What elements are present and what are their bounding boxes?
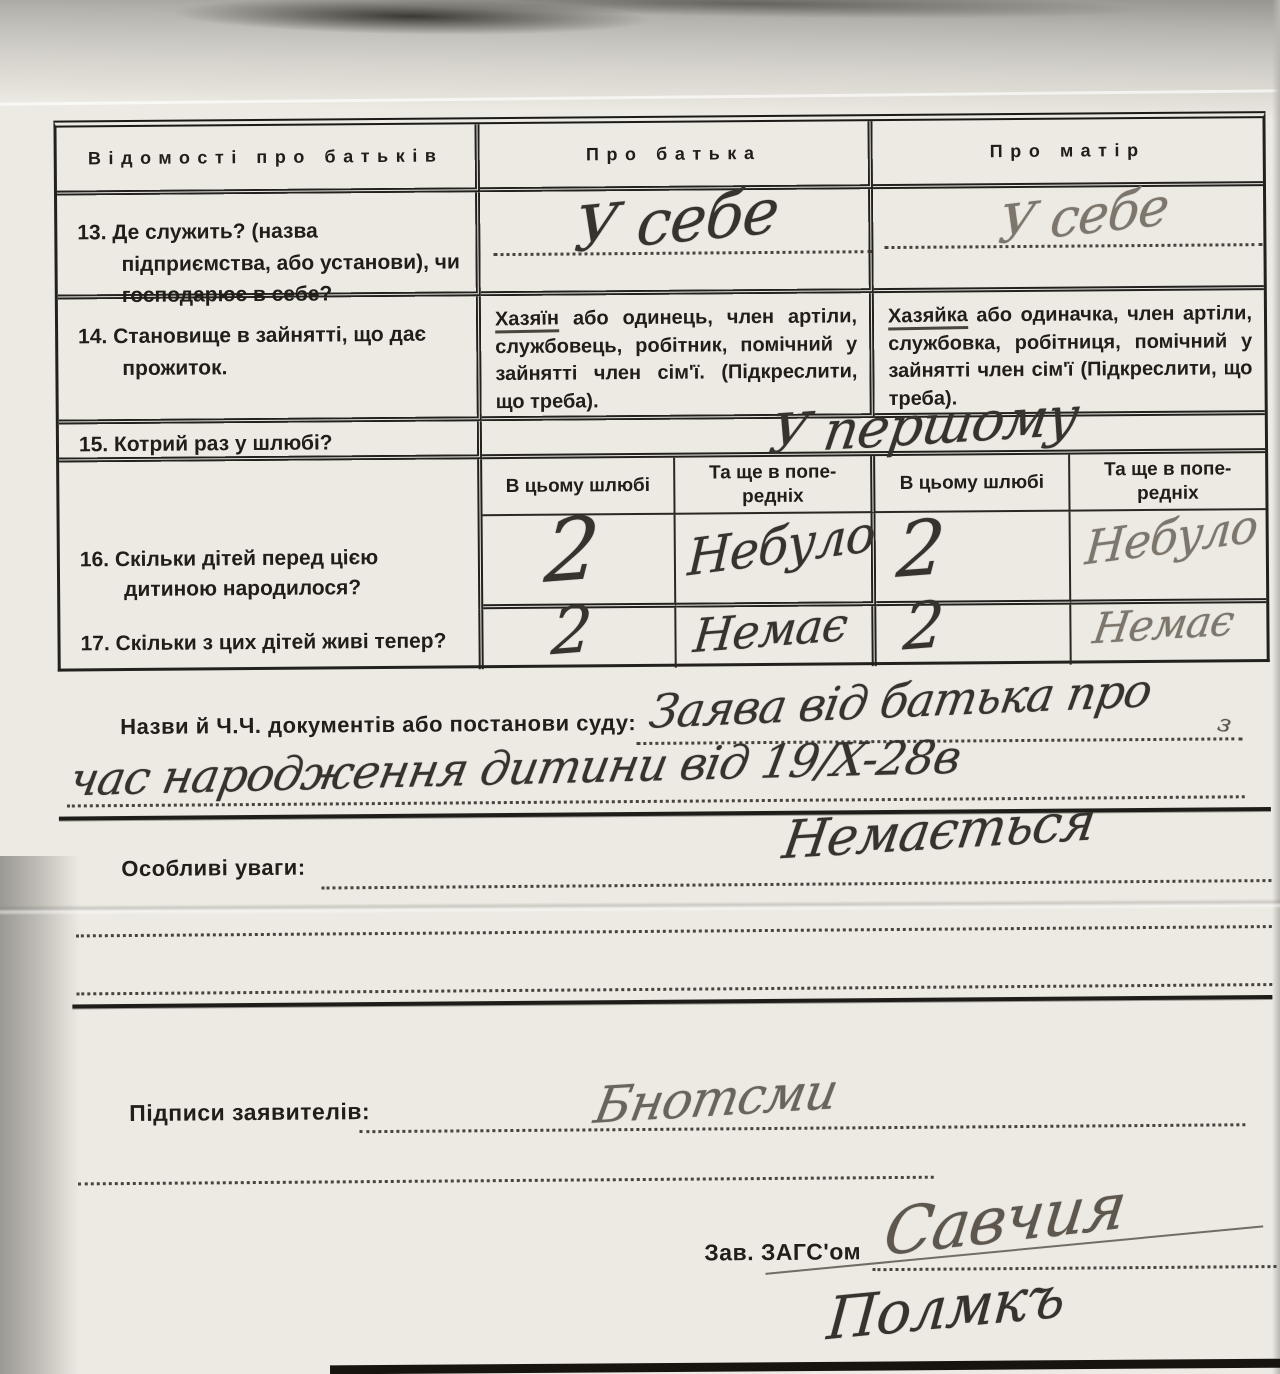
section-rule-2	[72, 995, 1272, 1008]
handwritten-remarks: Немається	[779, 792, 1099, 871]
question-17: 17. Скільки з цих дітей живі тепер?	[60, 609, 483, 672]
header-parents-info: Відомості про батьків	[56, 124, 480, 195]
subheader-text: редніх	[1137, 481, 1199, 505]
subheader-text: В цьому шлюбі	[900, 470, 1044, 495]
handwritten-registrar-signature-1: Савчия	[880, 1169, 1130, 1272]
margin-pencil-mark: з	[1215, 708, 1233, 738]
blank-dotted-line-3	[78, 1176, 934, 1186]
question-16: 16. Скільки дітей перед цією дитиною нар…	[59, 459, 483, 612]
handwritten-answer-16-mother-this: 2	[894, 502, 947, 595]
subheader-text: В цьому шлюбі	[506, 474, 650, 499]
handwritten-answer-17-mother-prev: Немає	[1090, 595, 1237, 653]
header-about-father: Про батька	[479, 121, 873, 192]
remarks-label: Особливі уваги:	[121, 855, 305, 882]
header-about-mother: Про матір	[872, 118, 1263, 189]
subheader-text: редніх	[742, 484, 804, 508]
handwritten-answer-16-father-this: 2	[542, 498, 602, 603]
handwritten-answer-17-father-this: 2	[549, 593, 593, 671]
handwritten-applicant-signature: Бнотсми	[590, 1062, 842, 1135]
header-mother-label: Про матір	[990, 140, 1146, 162]
header-parents-label: Відомості про батьків	[88, 146, 444, 170]
blank-dotted-line-2	[76, 983, 1272, 995]
question-17-label: 17. Скільки з цих дітей живі тепер?	[80, 630, 446, 656]
mother-status-underlined: Хазяйка	[888, 305, 968, 330]
scanned-registry-form-page: Відомості про батьків Про батька Про мат…	[0, 0, 1280, 1374]
question-14-label: 14. Становище в зайнятті, що дає прожито…	[78, 323, 426, 380]
question-14: 14. Становище в зайнятті, що дає прожито…	[58, 296, 482, 424]
form-sheet: Відомості про батьків Про батька Про мат…	[0, 0, 1280, 1374]
registrar-label: Зав. ЗАГС'ом	[704, 1238, 861, 1266]
documents-label: Назви й Ч.Ч. документів або постанови су…	[120, 710, 636, 740]
applicants-dotted-line	[359, 1123, 1245, 1133]
handwritten-registrar-signature-2: Полмкъ	[825, 1262, 1067, 1353]
registrar-dotted-line	[872, 1265, 1276, 1271]
question-15-label: 15. Котрий раз у шлюбі?	[79, 431, 333, 456]
handwritten-answer-17-mother-this: 2	[901, 588, 945, 666]
handwritten-documents-line2: час народження дитини від 19/X-28в	[66, 730, 965, 807]
blank-dotted-line-1	[76, 925, 1272, 937]
header-father-label: Про батька	[586, 143, 762, 165]
question-15: 15. Котрий раз у шлюбі?	[59, 421, 482, 462]
remarks-dotted-line	[321, 879, 1271, 889]
subheader-text: Та ще в попе-	[1104, 457, 1231, 482]
applicants-signatures-label: Підписи заявителів:	[129, 1098, 370, 1127]
handwritten-documents-line1: Заява від батька про	[646, 663, 1156, 739]
question-16-label: 16. Скільки дітей перед цією дитиною нар…	[124, 543, 468, 604]
father-status-underlined: Хазяїн	[495, 308, 559, 333]
question-13: 13. Де служить? (назва підприємства, або…	[57, 192, 481, 299]
question-13-label: 13. Де служить? (назва підприємства, або…	[77, 220, 460, 308]
